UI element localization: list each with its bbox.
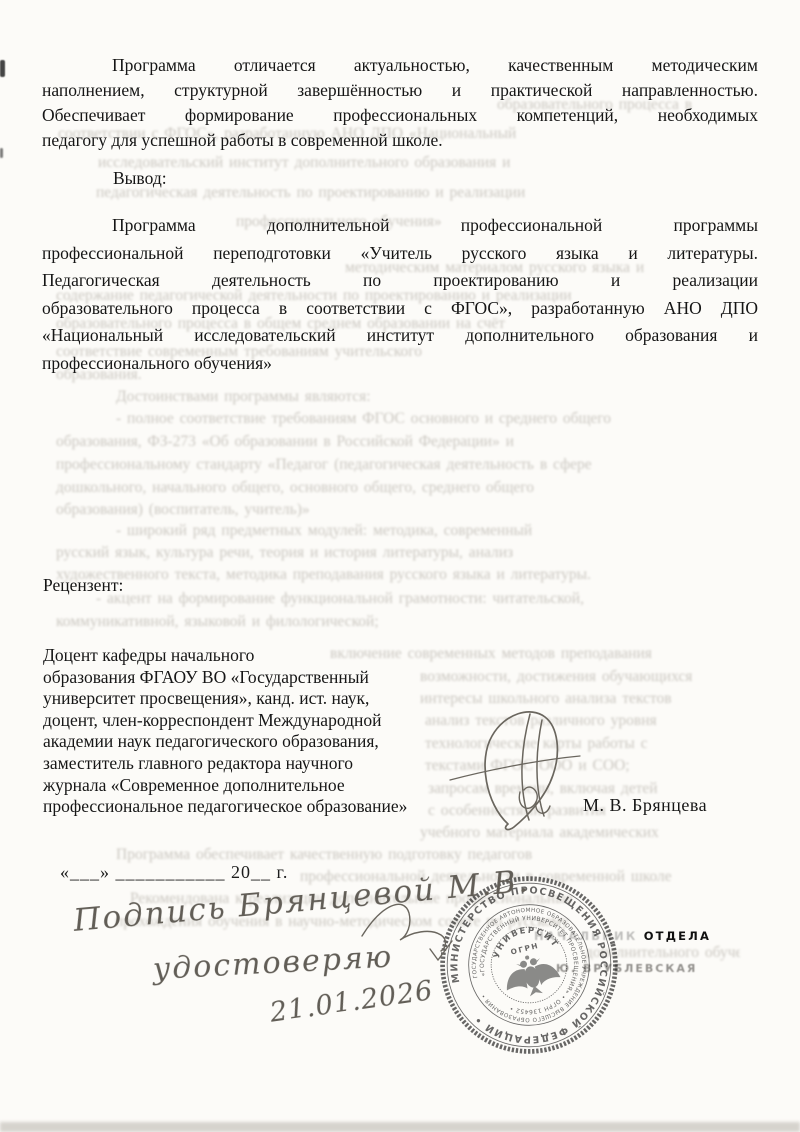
text-line: профессиональное педагогическое образова… (43, 796, 513, 818)
date-blank-line: «___» ___________ 20__ г. (60, 862, 288, 883)
text-line: профессионального обучения» (42, 350, 758, 378)
stamp-ogrn-label: ОГРН (510, 941, 540, 957)
text-line: профессиональной переподготовки «Учитель… (42, 240, 758, 268)
text-line: Программа дополнительной профессионально… (42, 212, 758, 240)
reviewer-name: М. В. Брянцева (583, 795, 707, 816)
scan-edge-artifact (0, 60, 5, 77)
reviewer-label: Рецензент: (43, 575, 123, 596)
bleedthrough-line: образования) (воспитатель, учитель)» (56, 501, 426, 519)
bleedthrough-line: педагогическая деятельность по проектиро… (96, 184, 736, 202)
bleedthrough-line: учебного материала академических (420, 824, 760, 842)
paragraph-program-quality: Программа отличается актуальностью, каче… (42, 53, 758, 153)
text-line: педагогу для успешной работы в современн… (42, 128, 758, 153)
bleedthrough-line: - широкий ряд предметных модулей: методи… (116, 522, 716, 540)
bleedthrough-line: русский язык, культура речи, теория и ис… (56, 544, 758, 562)
text-line: наполнением, структурной завершённостью … (42, 78, 758, 103)
text-line: Доцент кафедры начального (43, 645, 513, 667)
text-line: образования ФГАОУ ВО «Государственный (43, 667, 513, 689)
reviewer-credentials: Доцент кафедры начальногообразования ФГА… (43, 645, 513, 818)
scan-edge-artifact (0, 148, 3, 158)
bleedthrough-line: художественного текста, методика препода… (56, 566, 758, 584)
text-line: академии наук педагогического образовани… (43, 731, 513, 753)
text-line: Программа отличается актуальностью, каче… (42, 53, 758, 78)
official-stamp: МИНИСТЕРСТВО ПРОСВЕЩЕНИЯ РОССИЙСКОЙ ФЕДЕ… (438, 874, 620, 1056)
bleedthrough-line: образования, ФЗ-273 «Об образовании в Ро… (56, 433, 758, 451)
text-line: образовательного процесса в соответствии… (42, 295, 758, 323)
bleedthrough-line: исследовательский институт дополнительно… (98, 154, 720, 172)
text-line: журнала «Современное дополнительное (43, 775, 513, 797)
double-headed-eagle-emblem (500, 949, 563, 1002)
scanned-document-page: образовательного процесса всоответствии … (0, 0, 800, 1132)
text-line: доцент, член-корреспондент Международной (43, 710, 513, 732)
bleedthrough-line: коммуникативной, языковой и филологическ… (56, 613, 501, 631)
bleedthrough-line: - акцент на формирование функциональной … (96, 590, 741, 608)
conclusion-label: Вывод: (113, 168, 167, 189)
text-line: Обеспечивает формирование профессиональн… (42, 103, 758, 128)
text-line: заместитель главного редактора научного (43, 753, 513, 775)
text-line: «Национальный исследовательский институт… (42, 322, 758, 350)
caption-word-otdela: ОТДЕЛА (644, 929, 711, 943)
stamp-outer-ring-text: МИНИСТЕРСТВО ПРОСВЕЩЕНИЯ РОССИЙСКОЙ ФЕДЕ… (432, 868, 625, 1061)
text-line: Педагогическая деятельность по проектиро… (42, 267, 758, 295)
bleedthrough-line: Достоинствами программы являются: (116, 388, 546, 406)
bleedthrough-line: профессиональному стандарту «Педагог (пе… (56, 456, 758, 474)
bleedthrough-line: дошкольного, начального общего, основног… (56, 479, 758, 497)
paragraph-conclusion-text: Программа дополнительной профессионально… (42, 212, 758, 377)
scan-bottom-edge (0, 1122, 800, 1132)
text-line: университет просвещения», канд. ист. нау… (43, 688, 513, 710)
bleedthrough-line: - полное соответствие требованиям ФГОС о… (116, 410, 741, 428)
